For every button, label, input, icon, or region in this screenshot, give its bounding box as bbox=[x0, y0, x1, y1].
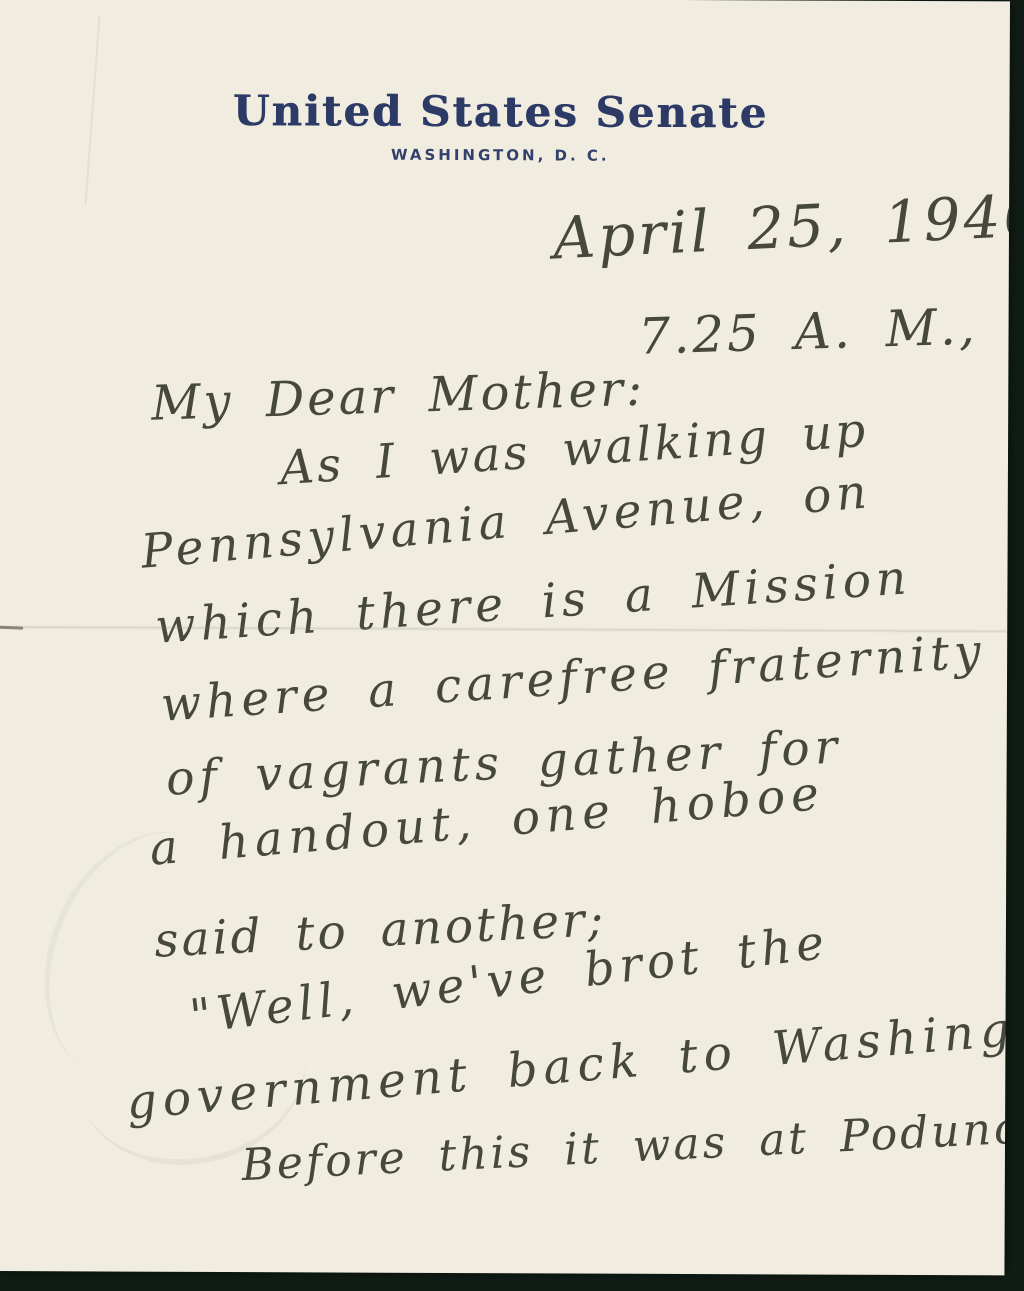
letter-paper: United States Senate WASHINGTON, D. C. A… bbox=[0, 0, 1010, 1275]
time-line: 7.25 A. M., bbox=[638, 297, 979, 365]
scanned-letter: United States Senate WASHINGTON, D. C. A… bbox=[0, 0, 1024, 1291]
date-line: April 25, 1940 bbox=[552, 181, 1010, 272]
salutation: My Dear Mother: bbox=[150, 361, 645, 432]
fold-crease bbox=[0, 625, 1007, 633]
letterhead-subtitle: WASHINGTON, D. C. bbox=[0, 144, 1005, 166]
letterhead: United States Senate WASHINGTON, D. C. bbox=[0, 85, 1006, 166]
body-line: Before this it was at Podunck." bbox=[240, 1099, 1010, 1191]
letterhead-title: United States Senate bbox=[0, 85, 1006, 138]
